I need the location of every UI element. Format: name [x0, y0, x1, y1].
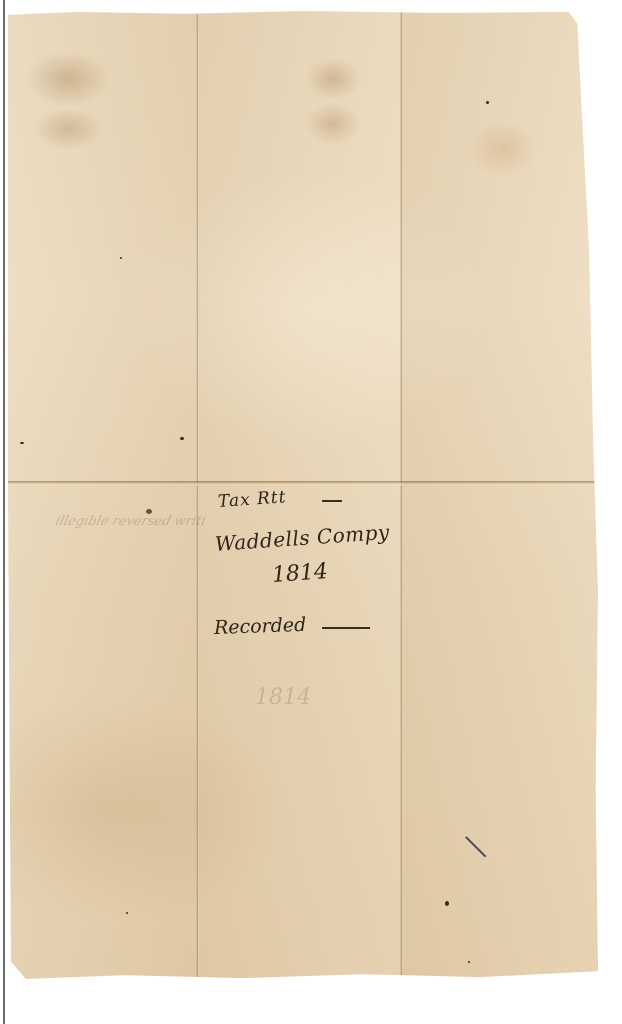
scan-edge-line [3, 0, 5, 1024]
docket-dash-1 [322, 500, 342, 502]
panel-left [8, 9, 196, 981]
panel-right [403, 9, 598, 981]
ink-speck [180, 437, 184, 440]
document-paper [8, 9, 598, 981]
ink-speck [20, 442, 24, 444]
docket-line-year: 1814 [271, 559, 329, 588]
ink-speck [468, 961, 470, 963]
ink-speck [126, 912, 128, 914]
docket-dash-2 [322, 627, 370, 629]
ink-speck [486, 101, 489, 104]
docket-line-recorded: Recorded [214, 614, 307, 639]
faint-pencil-mark: 1814 [255, 685, 311, 710]
ink-speck [120, 257, 122, 259]
ink-speck [445, 901, 449, 906]
